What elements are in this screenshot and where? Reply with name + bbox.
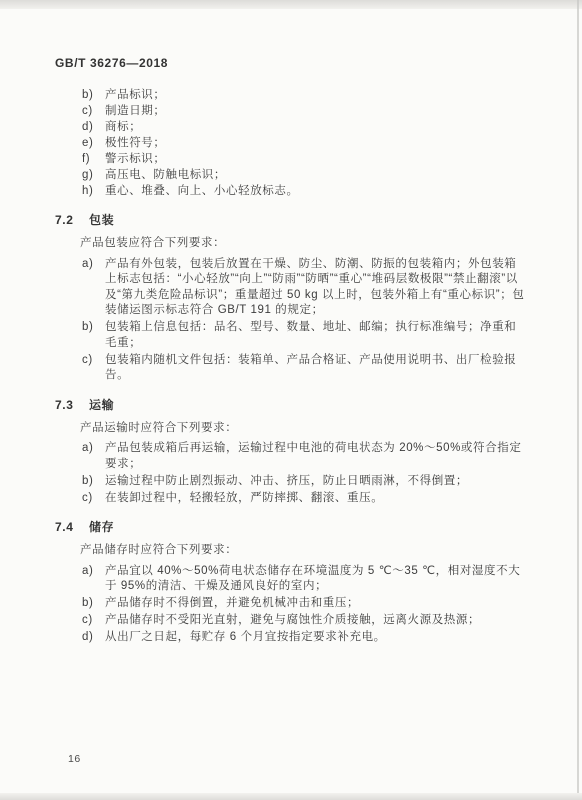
page-number: 16: [68, 753, 81, 765]
list-item-text: 包装箱内随机文件包括：装箱单、产品合格证、产品使用说明书、出厂检验报告。: [105, 353, 527, 384]
list-item-text: 产品有外包装，包装后放置在干燥、防尘、防潮、防振的包装箱内；外包装箱上标志包括：…: [105, 257, 527, 319]
scan-edge-bottom: [0, 793, 582, 800]
list-item: c) 产品储存时不受阳光直射，避免与腐蚀性介质接触，远离火源及热源；: [82, 613, 527, 629]
section-number: 7.4: [55, 519, 89, 535]
list-item-text: 产品标识；: [105, 87, 527, 103]
list-item: a) 产品宜以 40%～50%荷电状态储存在环境温度为 5 ℃～35 ℃，相对湿…: [82, 564, 527, 595]
list-item-label: d): [82, 119, 105, 135]
list-item: b) 运输过程中防止剧烈振动、冲击、挤压，防止日晒雨淋，不得倒置；: [82, 474, 527, 490]
list-item-label: c): [82, 613, 105, 629]
section-number: 7.2: [55, 212, 89, 228]
section-heading: 7.4 储存: [55, 519, 527, 535]
list-item-text: 运输过程中防止剧烈振动、冲击、挤压，防止日晒雨淋，不得倒置；: [105, 474, 527, 490]
list-item: c) 制造日期；: [82, 103, 527, 119]
list-item: g) 高压电、防触电标识；: [82, 167, 527, 183]
section-item-list: a) 产品宜以 40%～50%荷电状态储存在环境温度为 5 ℃～35 ℃，相对湿…: [55, 564, 527, 646]
list-item-label: b): [82, 474, 105, 490]
section-item-list: a) 产品包装成箱后再运输，运输过程中电池的荷电状态为 20%～50%或符合指定…: [55, 441, 527, 506]
list-item-label: b): [82, 596, 105, 612]
list-item: b) 包装箱上信息包括：品名、型号、数量、地址、邮编；执行标准编号；净重和毛重；: [82, 320, 527, 351]
page-content: GB/T 36276—2018 b) 产品标识； c) 制造日期； d) 商标；…: [0, 0, 582, 646]
list-item: a) 产品有外包装，包装后放置在干燥、防尘、防潮、防振的包装箱内；外包装箱上标志…: [82, 257, 527, 319]
list-item: b) 产品储存时不得倒置，并避免机械冲击和重压；: [82, 596, 527, 612]
list-item: d) 从出厂之日起，每贮存 6 个月宜按指定要求补充电。: [82, 630, 527, 646]
list-item-text: 产品储存时不受阳光直射，避免与腐蚀性介质接触，远离火源及热源；: [105, 613, 527, 629]
list-item-label: a): [82, 564, 105, 595]
section-title: 运输: [89, 397, 114, 413]
list-item-text: 重心、堆叠、向上、小心轻放标志。: [105, 183, 527, 199]
list-item-text: 产品包装成箱后再运输，运输过程中电池的荷电状态为 20%～50%或符合指定要求；: [105, 441, 527, 472]
section-intro: 产品运输时应符合下列要求：: [80, 421, 527, 437]
list-item-text: 极性符号；: [105, 135, 527, 151]
list-item-label: b): [82, 320, 105, 351]
list-item-label: e): [82, 135, 105, 151]
section-heading: 7.3 运输: [55, 397, 527, 413]
section-packaging: 7.2 包装 产品包装应符合下列要求： a) 产品有外包装，包装后放置在干燥、防…: [55, 212, 527, 384]
section-title: 包装: [89, 212, 114, 228]
marking-requirements-list: b) 产品标识； c) 制造日期； d) 商标； e) 极性符号； f) 警示标…: [55, 87, 527, 199]
list-item-label: a): [82, 257, 105, 319]
list-item: c) 包装箱内随机文件包括：装箱单、产品合格证、产品使用说明书、出厂检验报告。: [82, 353, 527, 384]
section-item-list: a) 产品有外包装，包装后放置在干燥、防尘、防潮、防振的包装箱内；外包装箱上标志…: [55, 257, 527, 384]
section-intro: 产品包装应符合下列要求：: [80, 236, 527, 252]
list-item-text: 包装箱上信息包括：品名、型号、数量、地址、邮编；执行标准编号；净重和毛重；: [105, 320, 527, 351]
list-item-text: 制造日期；: [105, 103, 527, 119]
list-item: a) 产品包装成箱后再运输，运输过程中电池的荷电状态为 20%～50%或符合指定…: [82, 441, 527, 472]
section-number: 7.3: [55, 397, 89, 413]
document-page: GB/T 36276—2018 b) 产品标识； c) 制造日期； d) 商标；…: [0, 0, 582, 800]
list-item: h) 重心、堆叠、向上、小心轻放标志。: [82, 183, 527, 199]
section-intro: 产品储存时应符合下列要求：: [80, 543, 527, 559]
list-item-text: 高压电、防触电标识；: [105, 167, 527, 183]
list-item-text: 产品宜以 40%～50%荷电状态储存在环境温度为 5 ℃～35 ℃，相对湿度不大…: [105, 564, 527, 595]
list-item-text: 产品储存时不得倒置，并避免机械冲击和重压；: [105, 596, 527, 612]
standard-code-header: GB/T 36276—2018: [55, 56, 527, 70]
list-item-text: 警示标识；: [105, 151, 527, 167]
list-item: c) 在装卸过程中，轻搬轻放，严防摔掷、翻滚、重压。: [82, 491, 527, 507]
list-item-label: g): [82, 167, 105, 183]
list-item-label: h): [82, 183, 105, 199]
list-item-label: f): [82, 151, 105, 167]
list-item-label: d): [82, 630, 105, 646]
list-item-label: b): [82, 87, 105, 103]
section-title: 储存: [89, 519, 114, 535]
section-storage: 7.4 储存 产品储存时应符合下列要求： a) 产品宜以 40%～50%荷电状态…: [55, 519, 527, 646]
list-item: d) 商标；: [82, 119, 527, 135]
list-item-text: 商标；: [105, 119, 527, 135]
section-transport: 7.3 运输 产品运输时应符合下列要求： a) 产品包装成箱后再运输，运输过程中…: [55, 397, 527, 507]
list-item: f) 警示标识；: [82, 151, 527, 167]
list-item-label: c): [82, 353, 105, 384]
section-heading: 7.2 包装: [55, 212, 527, 228]
list-item-text: 从出厂之日起，每贮存 6 个月宜按指定要求补充电。: [105, 630, 527, 646]
list-item: e) 极性符号；: [82, 135, 527, 151]
list-item-label: a): [82, 441, 105, 472]
list-item-label: c): [82, 491, 105, 507]
list-item-text: 在装卸过程中，轻搬轻放，严防摔掷、翻滚、重压。: [105, 491, 527, 507]
list-item-label: c): [82, 103, 105, 119]
list-item: b) 产品标识；: [82, 87, 527, 103]
